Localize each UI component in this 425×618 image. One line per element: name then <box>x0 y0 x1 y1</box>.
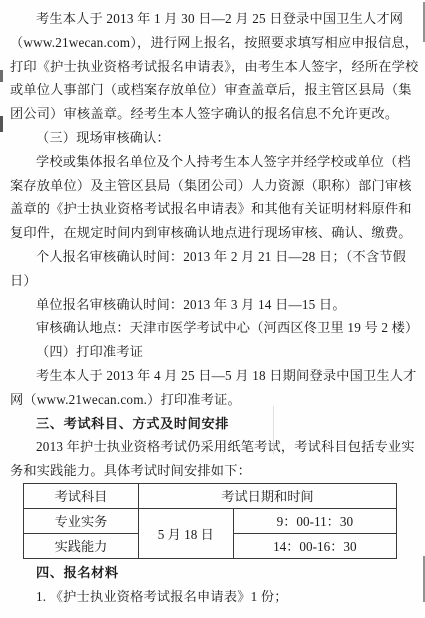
exam-schedule-table: 考试科目 考试日期和时间 专业实务 5 月 18 日 9：00-11：30 实践… <box>23 483 397 559</box>
text-line: 团公司）审核盖章。经考生本人签字确认的报名信息不允许更改。 <box>10 102 417 126</box>
document-page: 考生本人于 2013 年 1 月 30 日—2 月 25 日登录中国卫生人才网 … <box>0 0 425 618</box>
cell-time-2: 14：00-16：30 <box>233 533 396 558</box>
subsection-heading-print-ticket: （四）打印准考证 <box>10 340 417 364</box>
text-line: 或单位人事部门（或档案存放单位）审查盖章后，报主管区县局（集 <box>10 78 417 102</box>
text-line: 网（www.21wecan.com.）打印准考证。 <box>10 388 417 412</box>
text-line: 1. 《护士执业资格考试报名申请表》1 份； <box>10 585 417 609</box>
cell-subject-1: 专业实务 <box>24 508 139 533</box>
text-line: 单位报名审核确认时间：2013 年 3 月 14 日—15 日。 <box>10 293 417 317</box>
section-heading-exam-schedule: 三、考试科目、方式及时间安排 <box>10 412 417 436</box>
text-line: （www.21wecan.com），进行网上报名，按照要求填写相应申报信息， <box>10 31 417 55</box>
text-line: 个人报名审核确认时间：2013 年 2 月 21 日—28 日；（不含节假 <box>10 245 417 269</box>
text-line: 考生本人于 2013 年 4 月 25 日—5 月 18 日期间登录中国卫生人才 <box>10 364 417 388</box>
text-line: 日） <box>10 269 417 293</box>
table-header-row: 考试科目 考试日期和时间 <box>24 483 397 508</box>
section-heading-materials: 四、报名材料 <box>10 561 417 585</box>
cell-subject-2: 实践能力 <box>24 533 139 558</box>
text-line: 审核确认地点：天津市医学考试中心（河西区佟卫里 19 号 2 楼） <box>10 316 417 340</box>
text-line: 复印件，在规定时间内到审核确认地点进行现场审核、确认、缴费。 <box>10 221 417 245</box>
text-line: 盖章的《护士执业资格考试报名申请表》和其他有关证明材料原件和 <box>10 197 417 221</box>
cell-exam-date: 5 月 18 日 <box>138 508 233 558</box>
text-line: 打印《护士执业资格考试报名申请表》，由考生本人签字，经所在学校 <box>10 55 417 79</box>
text-line: 考生本人于 2013 年 1 月 30 日—2 月 25 日登录中国卫生人才网 <box>10 7 417 31</box>
cell-time-1: 9：00-11：30 <box>233 508 396 533</box>
text-line: 务和实践能力。具体考试时间安排如下： <box>10 459 417 483</box>
header-exam-subject: 考试科目 <box>24 483 139 508</box>
text-line: 学校或集体报名单位及个人持考生本人签字并经学校或单位（档 <box>10 150 417 174</box>
text-line: 案存放单位）及主管区县局（集团公司）人力资源（职称）部门审核 <box>10 174 417 198</box>
header-exam-datetime: 考试日期和时间 <box>138 483 396 508</box>
subsection-heading-onsite-review: （三）现场审核确认： <box>10 126 417 150</box>
text-line: 2013 年护士执业资格考试仍采用纸笔考试，考试科目包括专业实 <box>10 435 417 459</box>
table-row: 专业实务 5 月 18 日 9：00-11：30 <box>24 508 397 533</box>
